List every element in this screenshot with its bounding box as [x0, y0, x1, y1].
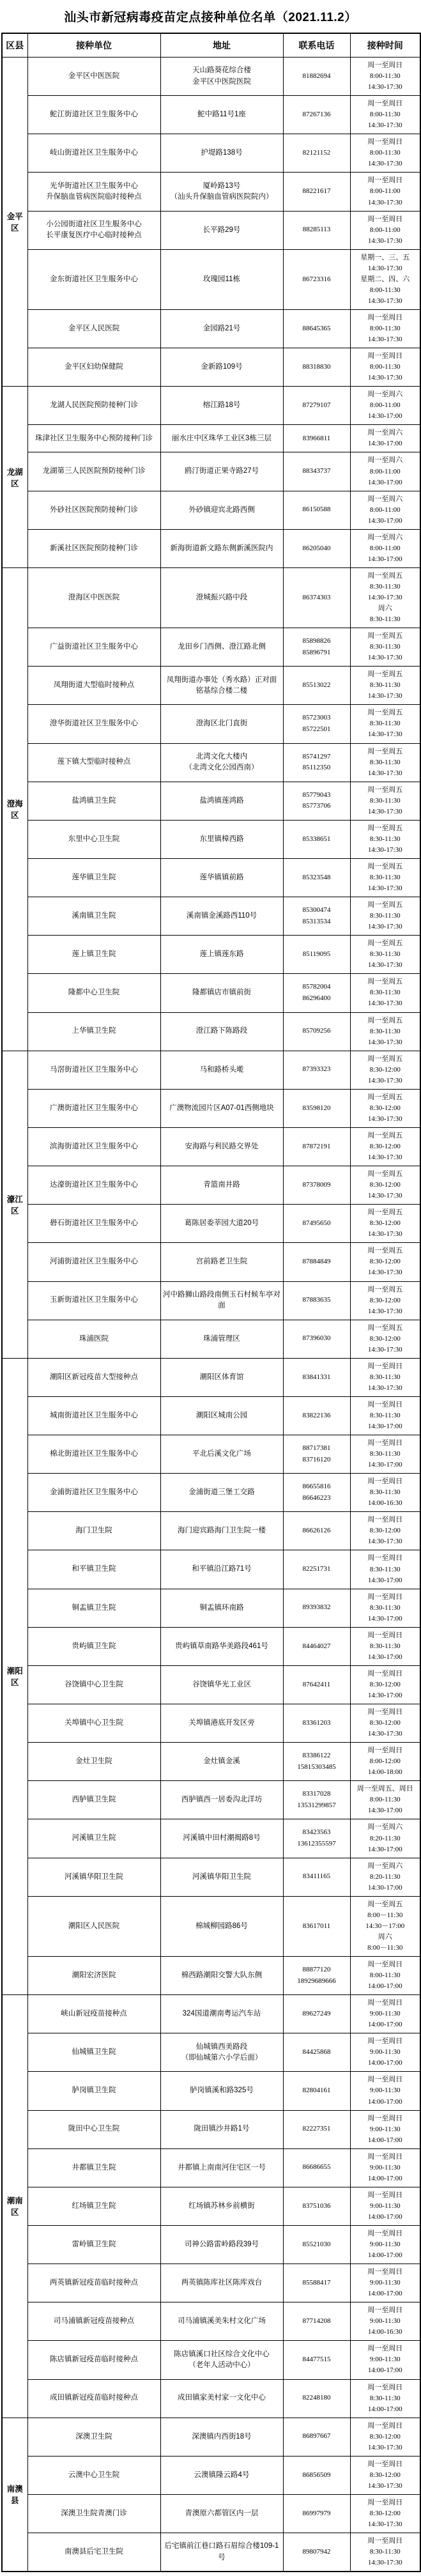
table-row: 贵屿镇卫生院贵屿镇草南路华美路段461号84464027周一至周日 8:30-1…: [2, 1627, 420, 1665]
unit-cell: 两英镇新冠疫苗临时接种点: [27, 2264, 160, 2302]
vaccination-table-body: 金平区金平区中医医院天山路葵花综合楼 金平区中医院医院81882694周一至周日…: [2, 58, 420, 2572]
phone-cell: 86856509: [283, 2456, 350, 2494]
schedule-cell: 周一至周日 9:00-11:30 14:00-17:00: [350, 2225, 420, 2264]
table-row: 和平镇卫生院和平镇沿江路71号82251731周一至周日 8:30-11:30 …: [2, 1550, 420, 1589]
schedule-cell: 周一至周五 8:30-12:00 14:30-17:30: [350, 1205, 420, 1243]
schedule-cell: 周一至周日 8:00-11:00 14:30-17:30: [350, 211, 420, 249]
schedule-cell: 周一至周五 8:30-11:30 14:30-17:30: [350, 820, 420, 858]
unit-cell: 礐石街道社区卫生服务中心: [27, 1205, 160, 1243]
table-row: 光华街道社区卫生服务中心 升保脑血管病医院临时接种点厦岭路13号 （汕头升保脑血…: [2, 173, 420, 211]
unit-cell: 珠津社区卫生服务中心预防接种门诊: [27, 425, 160, 452]
table-row: 新溪社区医院预防接种门诊新海街道新文路东侧新溪医院内86205040周一至周六 …: [2, 529, 420, 567]
schedule-cell: 周一至周五 8:30-11:30 14:30-17:30: [350, 897, 420, 936]
header-row: 区县 接种单位 地址 联系电话 接种时间: [2, 33, 420, 58]
table-row: 鮀江街道社区卫生服务中心鮀中路11号1座87267136周一至周日 8:00-1…: [2, 96, 420, 134]
address-cell: 仙城镇西美路段 （即仙城第六小学后面）: [160, 2033, 283, 2072]
schedule-cell: 周一至周日 8:30-12:00 14:30-17:30: [350, 2494, 420, 2533]
phone-cell: 87393323: [283, 1051, 350, 1089]
schedule-cell: 周一至周日 8:30-12:00 14:30-17:30: [350, 2418, 420, 2456]
phone-cell: 85723003 85722501: [283, 705, 350, 743]
address-cell: 谷饶镇华光工业区: [160, 1665, 283, 1704]
address-cell: 龙田乡门西侧、澄江路北侧: [160, 628, 283, 667]
schedule-cell: 周一至周日 8:00-11:30 14:00-17:00: [350, 1956, 420, 1994]
schedule-cell: 周一至周五 8:30-12:00 14:30-17:30: [350, 1243, 420, 1281]
unit-cell: 成田镇新冠疫苗临时接种点: [27, 2379, 160, 2418]
schedule-cell: 星期一、三、五 14:30-17:30 星期二、四、六 8:00-11:30 1…: [350, 249, 420, 309]
table-row: 溪南镇卫生院溪南镇金溪路西110号85300474 85313534周一至周五 …: [2, 897, 420, 936]
unit-cell: 珠浦医院: [27, 1320, 160, 1358]
unit-cell: 潮阳宏济医院: [27, 1956, 160, 1994]
unit-cell: 上华镇卫生院: [27, 1012, 160, 1051]
address-cell: 棉城柳园路86号: [160, 1896, 283, 1956]
table-row: 潮阳宏济医院棉西路潮阳交警大队东侧88877120 18929689666周一至…: [2, 1956, 420, 1994]
unit-cell: 潮阳区新冠疫苗大型接种点: [27, 1358, 160, 1396]
phone-cell: 86723316: [283, 249, 350, 309]
unit-cell: 峡山新冠疫苗接种点: [27, 1995, 160, 2033]
unit-cell: 金平区人民医院: [27, 309, 160, 348]
phone-cell: 85300474 85313534: [283, 897, 350, 936]
table-row: 金浦街道社区卫生服务中心金浦街道三堡工交路86655816 86646223周一…: [2, 1474, 420, 1512]
unit-cell: 广益街道社区卫生服务中心: [27, 628, 160, 667]
unit-cell: 小公园街道社区卫生服务中心 长平康复医疗中心临时接种点: [27, 211, 160, 249]
schedule-cell: 周一至周五 8:30-11:30 14:30-17:30: [350, 1012, 420, 1051]
table-row: 龙湖区龙湖人民医院预防接种门诊榕江路18号87279107周一至周六 8:00-…: [2, 387, 420, 425]
address-cell: 两英镇陈库社区陈库戏台: [160, 2264, 283, 2302]
schedule-cell: 周一至周五 8:30-11:30 14:30-17:30: [350, 936, 420, 974]
address-cell: 东里镇樟西路: [160, 820, 283, 858]
header-schedule: 接种时间: [350, 33, 420, 58]
address-cell: 澄江路下陈路段: [160, 1012, 283, 1051]
table-row: 红场镇卫生院红场镇苏林乡前横街83751036周一至周日 9:00-11:30 …: [2, 2187, 420, 2225]
table-row: 成田镇新冠疫苗临时接种点成田镇家美村家一文化中心82248180周一至周日 8:…: [2, 2379, 420, 2418]
address-cell: 鮀中路11号1座: [160, 96, 283, 134]
address-cell: 澄海区北门直街: [160, 705, 283, 743]
schedule-cell: 周一至周日 9:00-11:30 14:00-17:00: [350, 1995, 420, 2033]
phone-cell: 83317028 13531299857: [283, 1781, 350, 1819]
table-row: 井都镇卫生院井都镇上南南河住宅区一号86686655周一至周日 9:00-11:…: [2, 2148, 420, 2187]
unit-cell: 河溪镇华阳卫生院: [27, 1858, 160, 1896]
unit-cell: 莲上镇卫生院: [27, 936, 160, 974]
phone-cell: 88318830: [283, 348, 350, 387]
table-row: 滨海街道社区卫生服务中心安海路与利民路交界处87872191周一至周五 8:30…: [2, 1127, 420, 1166]
schedule-cell: 周一至周五 8:30-11:30 14:30-17:30: [350, 858, 420, 897]
unit-cell: 深澳卫生院青澳门诊: [27, 2494, 160, 2533]
schedule-cell: 周一至周日 8:30-11:30 14:30-17:00: [350, 1627, 420, 1665]
phone-cell: 87883635: [283, 1281, 350, 1320]
table-header: 区县 接种单位 地址 联系电话 接种时间: [2, 33, 420, 58]
unit-cell: 南澳县后宅卫生院: [27, 2533, 160, 2572]
phone-cell: 83423563 13612355597: [283, 1819, 350, 1858]
schedule-cell: 周一至周五 8:00－11:30 14:30－17:00 周六 8:00－11:…: [350, 1896, 420, 1956]
address-cell: 成田镇家美村家一文化中心: [160, 2379, 283, 2418]
table-row: 海门卫生院海门迎宾路海门卫生院一楼86626126周一至周日 8:30-12:0…: [2, 1512, 420, 1550]
district-cell: 龙湖区: [2, 387, 27, 568]
phone-cell: 87884849: [283, 1243, 350, 1281]
schedule-cell: 周一至周日 8:30-12:00 14:30-17:30: [350, 1704, 420, 1743]
unit-cell: 城南街道社区卫生服务中心: [27, 1396, 160, 1435]
address-cell: 324国道潮南粤运汽车站: [160, 1995, 283, 2033]
schedule-cell: 周一至周日 9:00-11:30 14:00-17:00: [350, 2341, 420, 2379]
phone-cell: 85338651: [283, 820, 350, 858]
address-cell: 天山路葵花综合楼 金平区中医院医院: [160, 58, 283, 96]
address-cell: 厦岭路13号 （汕头升保脑血管病医院院内）: [160, 173, 283, 211]
address-cell: 凤翔街道办事处（秀水路）正对面 铭基综合楼二楼: [160, 667, 283, 705]
unit-cell: 铜盂镇卫生院: [27, 1589, 160, 1627]
phone-cell: 82121152: [283, 134, 350, 173]
phone-cell: 87714208: [283, 2302, 350, 2341]
phone-cell: 82227351: [283, 2110, 350, 2148]
unit-cell: 金东街道社区卫生服务中心: [27, 249, 160, 309]
unit-cell: 司马浦镇新冠疫苗接种点: [27, 2302, 160, 2341]
phone-cell: 83361203: [283, 1704, 350, 1743]
unit-cell: 雷岭镇卫生院: [27, 2225, 160, 2264]
schedule-cell: 周一至周六 8:20-11:30 14:30-17:00: [350, 1858, 420, 1896]
schedule-cell: 周一至周五、周日 8:00-11:30 14:30-17:00: [350, 1781, 420, 1819]
table-row: 澄海区澄海区中医医院澄城振兴路中段86374303周一至周五 8:30-11:3…: [2, 567, 420, 628]
schedule-cell: 周一至周日 9:00-11:30 14:00-17:00: [350, 2148, 420, 2187]
unit-cell: 仙城镇卫生院: [27, 2033, 160, 2072]
address-cell: 安海路与利民路交界处: [160, 1127, 283, 1166]
table-row: 铜盂镇卫生院铜盂镇环南路89393832周一至周日 8:30-11:30 14:…: [2, 1589, 420, 1627]
address-cell: 河溪镇华阳卫生院: [160, 1858, 283, 1896]
vaccination-table: 区县 接种单位 地址 联系电话 接种时间 金平区金平区中医医院天山路葵花综合楼 …: [1, 33, 421, 2572]
table-row: 胪岗镇卫生院胪岗镇溪和路325号82804161周一至周日 9:00-11:30…: [2, 2072, 420, 2110]
table-row: 礐石街道社区卫生服务中心葛陈居委莘园大道20号87495650周一至周五 8:3…: [2, 1205, 420, 1243]
unit-cell: 潮阳区人民医院: [27, 1896, 160, 1956]
address-cell: 胪岗镇溪和路325号: [160, 2072, 283, 2110]
phone-cell: 87267136: [283, 96, 350, 134]
unit-cell: 陇田中心卫生院: [27, 2110, 160, 2148]
schedule-cell: 周一至周日 8:00-11:00 14:30-17:30: [350, 173, 420, 211]
unit-cell: 关埠镇中心卫生院: [27, 1704, 160, 1743]
address-cell: 棉西路潮阳交警大队东侧: [160, 1956, 283, 1994]
district-cell: 南澳县: [2, 2418, 27, 2572]
unit-cell: 贵屿镇卫生院: [27, 1627, 160, 1665]
schedule-cell: 周一至周日 8:30-11:30 14:30-17:00: [350, 1589, 420, 1627]
unit-cell: 谷饶镇中心卫生院: [27, 1665, 160, 1704]
address-cell: 西胪镇西一居委沟北洋坊: [160, 1781, 283, 1819]
table-row: 关埠镇中心卫生院关埠镇港底开发区旁83361203周一至周日 8:30-12:0…: [2, 1704, 420, 1743]
phone-cell: 85588417: [283, 2264, 350, 2302]
address-cell: 后宅镇前江巷口路石眉综合楼109-1号: [160, 2533, 283, 2572]
table-row: 岐山街道社区卫生服务中心护堤路138号82121152周一至周日 8:00-11…: [2, 134, 420, 173]
table-row: 云澳中心卫生院云澳镇隆云路4号86856509周一至周日 8:30-12:00 …: [2, 2456, 420, 2494]
phone-cell: 85119095: [283, 936, 350, 974]
schedule-cell: 周一至周日 9:00-11:30 14:00-17:00: [350, 2187, 420, 2225]
schedule-cell: 周一至周五 8:30-12:00 14:30-17:30: [350, 1320, 420, 1358]
table-row: 玉新街道社区卫生服务中心河中路狮山路段南侧玉石村候车亭对面87883635周一至…: [2, 1281, 420, 1320]
address-cell: 云澳镇隆云路4号: [160, 2456, 283, 2494]
address-cell: 金新路109号: [160, 348, 283, 387]
unit-cell: 玉新街道社区卫生服务中心: [27, 1281, 160, 1320]
district-cell: 潮南区: [2, 1995, 27, 2418]
unit-cell: 井都镇卫生院: [27, 2148, 160, 2187]
phone-cell: 81882694: [283, 58, 350, 96]
table-row: 仙城镇卫生院仙城镇西美路段 （即仙城第六小学后面）84425868周一至周日 9…: [2, 2033, 420, 2072]
table-row: 小公园街道社区卫生服务中心 长平康复医疗中心临时接种点长平路29号8828511…: [2, 211, 420, 249]
unit-cell: 深澳卫生院: [27, 2418, 160, 2456]
schedule-cell: 周一至周日 8:30-11:30 14:30-17:00: [350, 1435, 420, 1474]
district-cell: 澄海区: [2, 567, 27, 1051]
address-cell: 金浦街道三堡工交路: [160, 1474, 283, 1512]
unit-cell: 胪岗镇卫生院: [27, 2072, 160, 2110]
unit-cell: 莲华镇卫生院: [27, 858, 160, 897]
address-cell: 平北后溪文化广场: [160, 1435, 283, 1474]
unit-cell: 达濠街道社区卫生服务中心: [27, 1166, 160, 1205]
schedule-cell: 周一至周五 8:30-12:00 14:30-17:30: [350, 1051, 420, 1089]
table-row: 莲华镇卫生院莲华镇镇前路85323548周一至周五 8:30-11:30 14:…: [2, 858, 420, 897]
table-row: 莲上镇卫生院莲上镇莲东路85119095周一至周五 8:30-11:30 14:…: [2, 936, 420, 974]
unit-cell: 龙湖第三人民医院预防接种门诊: [27, 452, 160, 491]
phone-cell: 83822136: [283, 1396, 350, 1435]
phone-cell: 85741297 85112350: [283, 743, 350, 782]
phone-cell: 89393832: [283, 1589, 350, 1627]
address-cell: 榕江路18号: [160, 387, 283, 425]
address-cell: 外砂镇迎宾北路西侧: [160, 491, 283, 529]
address-cell: 盐鸿镇莲鸿路: [160, 782, 283, 820]
address-cell: 潮阳区城南公园: [160, 1396, 283, 1435]
address-cell: 莲华镇镇前路: [160, 858, 283, 897]
schedule-cell: 周一至周日 8:30-11:30 14:30-17:30: [350, 2533, 420, 2572]
document-page: 汕头市新冠病毒疫苗定点接种单位名单（2021.11.2） 区县 接种单位 地址 …: [0, 0, 421, 2576]
table-row: 凤翔街道大型临时接种点凤翔街道办事处（秀水路）正对面 铭基综合楼二楼855130…: [2, 667, 420, 705]
address-cell: 和平镇沿江路71号: [160, 1550, 283, 1589]
schedule-cell: 周一至周日 9:00-11:30 14:00-17:00: [350, 2110, 420, 2148]
unit-cell: 红场镇卫生院: [27, 2187, 160, 2225]
unit-cell: 广澳街道社区卫生服务中心: [27, 1089, 160, 1127]
phone-cell: 85323548: [283, 858, 350, 897]
table-row: 陇田中心卫生院陇田镇沙井路1号82227351周一至周日 9:00-11:30 …: [2, 2110, 420, 2148]
table-row: 城南街道社区卫生服务中心潮阳区城南公园83822136周一至周日 8:30-11…: [2, 1396, 420, 1435]
address-cell: 青篮南井路: [160, 1166, 283, 1205]
unit-cell: 金灶卫生院: [27, 1743, 160, 1781]
table-row: 金灶卫生院金灶镇金溪83386122 15815303485周一至周日 8:00…: [2, 1743, 420, 1781]
phone-cell: 85779043 85773706: [283, 782, 350, 820]
phone-cell: 83598120: [283, 1089, 350, 1127]
table-row: 西胪镇卫生院西胪镇西一居委沟北洋坊83317028 13531299857周一至…: [2, 1781, 420, 1819]
unit-cell: 光华街道社区卫生服务中心 升保脑血管病医院临时接种点: [27, 173, 160, 211]
phone-cell: 84464027: [283, 1627, 350, 1665]
schedule-cell: 周一至周日 8:30-12:00 14:30-17:30: [350, 2456, 420, 2494]
phone-cell: 86205040: [283, 529, 350, 567]
table-row: 南澳县后宅卫生院后宅镇前江巷口路石眉综合楼109-1号89807942周一至周日…: [2, 2533, 420, 2572]
unit-cell: 溪南镇卫生院: [27, 897, 160, 936]
schedule-cell: 周一至周日 8:30-12:00 14:30-17:00: [350, 1665, 420, 1704]
phone-cell: 88285113: [283, 211, 350, 249]
phone-cell: 86626126: [283, 1512, 350, 1550]
address-cell: 关埠镇港底开发区旁: [160, 1704, 283, 1743]
unit-cell: 西胪镇卫生院: [27, 1781, 160, 1819]
table-row: 上华镇卫生院澄江路下陈路段85709256周一至周五 8:30-11:30 14…: [2, 1012, 420, 1051]
address-cell: 隆都镇店市镇前街: [160, 974, 283, 1012]
address-cell: 贵屿镇草南路华美路段461号: [160, 1627, 283, 1665]
address-cell: 金灶镇金溪: [160, 1743, 283, 1781]
phone-cell: 86150588: [283, 491, 350, 529]
phone-cell: 85513022: [283, 667, 350, 705]
address-cell: 司神公路雷岭路段39号: [160, 2225, 283, 2264]
table-row: 龙湖第三人民医院预防接种门诊鸥汀街道正果寺路27号88343737周一至周六 8…: [2, 452, 420, 491]
phone-cell: 87279107: [283, 387, 350, 425]
unit-cell: 隆都中心卫生院: [27, 974, 160, 1012]
address-cell: 潮阳区体育馆: [160, 1358, 283, 1396]
unit-cell: 凤翔街道大型临时接种点: [27, 667, 160, 705]
schedule-cell: 周一至周六 8:00-11:00 14:30-17:00: [350, 452, 420, 491]
unit-cell: 新溪社区医院预防接种门诊: [27, 529, 160, 567]
phone-cell: 86686655: [283, 2148, 350, 2187]
phone-cell: 87396030: [283, 1320, 350, 1358]
phone-cell: 84425868: [283, 2033, 350, 2072]
address-cell: 莲上镇莲东路: [160, 936, 283, 974]
schedule-cell: 周一至周日 9:00-11:30 14:00-17:00: [350, 2264, 420, 2302]
unit-cell: 陈店镇新冠疫苗临时接种点: [27, 2341, 160, 2379]
table-row: 外砂社区医院预防接种门诊外砂镇迎宾北路西侧86150588周一至周六 8:00-…: [2, 491, 420, 529]
schedule-cell: 周一至周五 8:30-11:30 14:30-17:30: [350, 782, 420, 820]
table-row: 莲下镇大型临时接种点北湾文化大楼内 （北湾文化公园西南）85741297 851…: [2, 743, 420, 782]
schedule-cell: 周一至周日 8:00-12:00 14:00-18:00: [350, 1743, 420, 1781]
phone-cell: 85521030: [283, 2225, 350, 2264]
table-row: 金平区人民医院金园路21号88645365周一至周日 8:00-11:30 14…: [2, 309, 420, 348]
unit-cell: 金平区妇幼保健院: [27, 348, 160, 387]
header-address: 地址: [160, 33, 283, 58]
phone-cell: 89807942: [283, 2533, 350, 2572]
unit-cell: 澄海区中医医院: [27, 567, 160, 628]
phone-cell: 87378009: [283, 1166, 350, 1205]
schedule-cell: 周一至周五 8:30-11:30 14:30-17:30: [350, 667, 420, 705]
header-phone: 联系电话: [283, 33, 350, 58]
unit-cell: 滨海街道社区卫生服务中心: [27, 1127, 160, 1166]
table-row: 潮南区峡山新冠疫苗接种点324国道潮南粤运汽车站89627249周一至周日 9:…: [2, 1995, 420, 2033]
address-cell: 珠浦管理区: [160, 1320, 283, 1358]
unit-cell: 金浦街道社区卫生服务中心: [27, 1474, 160, 1512]
unit-cell: 鮀江街道社区卫生服务中心: [27, 96, 160, 134]
schedule-cell: 周一至周日 9:00-11:30 14:00-17:00: [350, 2072, 420, 2110]
unit-cell: 莲下镇大型临时接种点: [27, 743, 160, 782]
table-row: 金东街道社区卫生服务中心玫瑰园11栋86723316星期一、三、五 14:30-…: [2, 249, 420, 309]
unit-cell: 和平镇卫生院: [27, 1550, 160, 1589]
phone-cell: 86997979: [283, 2494, 350, 2533]
schedule-cell: 周一至周五 8:30-12:00 14:30-17:30: [350, 1281, 420, 1320]
phone-cell: 88343737: [283, 452, 350, 491]
address-cell: 井都镇上南南河住宅区一号: [160, 2148, 283, 2187]
table-row: 广益街道社区卫生服务中心龙田乡门西侧、澄江路北侧85898826 8589679…: [2, 628, 420, 667]
schedule-cell: 周一至周日 8:00-11:30 14:30-17:30: [350, 348, 420, 387]
unit-cell: 龙湖人民医院预防接种门诊: [27, 387, 160, 425]
table-row: 司马浦镇新冠疫苗接种点司马浦镇溪美朱村文化广场87714208周一至周日 9:0…: [2, 2302, 420, 2341]
unit-cell: 云澳中心卫生院: [27, 2456, 160, 2494]
phone-cell: 85898826 85896791: [283, 628, 350, 667]
table-row: 珠浦医院珠浦管理区87396030周一至周五 8:30-12:00 14:30-…: [2, 1320, 420, 1358]
schedule-cell: 周一至周五 8:30-12:00 14:30-17:30: [350, 1166, 420, 1205]
address-cell: 广澳物流园片区A07-01西侧地块: [160, 1089, 283, 1127]
schedule-cell: 周一至周六 8:00-11:00 14:30-17:00: [350, 387, 420, 425]
address-cell: 马和路桥头墘: [160, 1051, 283, 1089]
phone-cell: 86655816 86646223: [283, 1474, 350, 1512]
unit-cell: 岐山街道社区卫生服务中心: [27, 134, 160, 173]
schedule-cell: 周一至周五 8:30-11:30 14:30-17:30: [350, 705, 420, 743]
unit-cell: 东里中心卫生院: [27, 820, 160, 858]
address-cell: 陇田镇沙井路1号: [160, 2110, 283, 2148]
phone-cell: 82248180: [283, 2379, 350, 2418]
address-cell: 玫瑰园11栋: [160, 249, 283, 309]
phone-cell: 88877120 18929689666: [283, 1956, 350, 1994]
phone-cell: 85709256: [283, 1012, 350, 1051]
address-cell: 长平路29号: [160, 211, 283, 249]
table-row: 陈店镇新冠疫苗临时接种点陈店镇溪口社区综合文化中心 （老年人活动中心）84477…: [2, 2341, 420, 2379]
phone-cell: 88645365: [283, 309, 350, 348]
table-row: 潮阳区潮阳区新冠疫苗大型接种点潮阳区体育馆83841331周一至周日 8:30-…: [2, 1358, 420, 1396]
district-cell: 濠江区: [2, 1051, 27, 1358]
schedule-cell: 周一至周日 8:30-11:30 14:30-17:30: [350, 1358, 420, 1396]
table-row: 金平区妇幼保健院金新路109号88318830周一至周日 8:00-11:30 …: [2, 348, 420, 387]
table-row: 濠江区马滘街道社区卫生服务中心马和路桥头墘87393323周一至周五 8:30-…: [2, 1051, 420, 1089]
table-row: 金平区金平区中医医院天山路葵花综合楼 金平区中医院医院81882694周一至周日…: [2, 58, 420, 96]
phone-cell: 86374303: [283, 567, 350, 628]
address-cell: 深澳镇内西街18号: [160, 2418, 283, 2456]
phone-cell: 84477515: [283, 2341, 350, 2379]
schedule-cell: 周一至周日 8:30-11:30 14:00-17:00: [350, 2379, 420, 2418]
table-row: 两英镇新冠疫苗临时接种点两英镇陈库社区陈库戏台85588417周一至周日 9:0…: [2, 2264, 420, 2302]
schedule-cell: 周一至周日 8:30-12:00 14:30-17:30: [350, 1512, 420, 1550]
address-cell: 司马浦镇溪美朱村文化广场: [160, 2302, 283, 2341]
schedule-cell: 周一至周日 8:00-11:30 14:30-17:30: [350, 309, 420, 348]
unit-cell: 河浦街道社区卫生服务中心: [27, 1243, 160, 1281]
phone-cell: 83411165: [283, 1858, 350, 1896]
address-cell: 澄城振兴路中段: [160, 567, 283, 628]
unit-cell: 盐鸿镇卫生院: [27, 782, 160, 820]
phone-cell: 86897667: [283, 2418, 350, 2456]
district-cell: 潮阳区: [2, 1358, 27, 1994]
schedule-cell: 周一至周五 8:30-11:30 14:30-17:30: [350, 628, 420, 667]
unit-cell: 澄华街道社区卫生服务中心: [27, 705, 160, 743]
table-row: 隆都中心卫生院隆都镇店市镇前街85782004 86296400周一至周五 8:…: [2, 974, 420, 1012]
schedule-cell: 周一至周日 8:00-11:30 14:30-17:30: [350, 96, 420, 134]
phone-cell: 82804161: [283, 2072, 350, 2110]
header-district: 区县: [2, 33, 27, 58]
header-unit: 接种单位: [27, 33, 160, 58]
unit-cell: 外砂社区医院预防接种门诊: [27, 491, 160, 529]
unit-cell: 马滘街道社区卫生服务中心: [27, 1051, 160, 1089]
table-row: 潮阳区人民医院棉城柳园路86号83617011周一至周五 8:00－11:30 …: [2, 1896, 420, 1956]
table-row: 河浦街道社区卫生服务中心宫前路老卫生院87884849周一至周五 8:30-12…: [2, 1243, 420, 1281]
unit-cell: 河溪镇卫生院: [27, 1819, 160, 1858]
unit-cell: 金平区中医医院: [27, 58, 160, 96]
phone-cell: 89627249: [283, 1995, 350, 2033]
schedule-cell: 周一至周五 8:30-11:30 14:30-17:30: [350, 743, 420, 782]
schedule-cell: 周一至周六 8:00-11:00 14:30-17:00: [350, 491, 420, 529]
phone-cell: 82251731: [283, 1550, 350, 1589]
address-cell: 金园路21号: [160, 309, 283, 348]
schedule-cell: 周一至周六 8:00-11:00 14:30-17:00: [350, 529, 420, 567]
table-row: 澄华街道社区卫生服务中心澄海区北门直街85723003 85722501周一至周…: [2, 705, 420, 743]
schedule-cell: 周一至周五 8:30-12:00 14:30-17:30: [350, 1089, 420, 1127]
table-row: 雷岭镇卫生院司神公路雷岭路段39号85521030周一至周日 9:00-11:3…: [2, 2225, 420, 2264]
schedule-cell: 周一至周五 8:30-12:00 14:30-17:30: [350, 1127, 420, 1166]
phone-cell: 87872191: [283, 1127, 350, 1166]
table-row: 东里中心卫生院东里镇樟西路85338651周一至周五 8:30-11:30 14…: [2, 820, 420, 858]
phone-cell: 87495650: [283, 1205, 350, 1243]
address-cell: 鸥汀街道正果寺路27号: [160, 452, 283, 491]
schedule-cell: 周一至周日 9:00-11:30 14:00-17:00: [350, 2033, 420, 2072]
table-row: 广澳街道社区卫生服务中心广澳物流园片区A07-01西侧地块83598120周一至…: [2, 1089, 420, 1127]
phone-cell: 83617011: [283, 1896, 350, 1956]
schedule-cell: 周一至周五 8:30-11:30 14:30-17:30: [350, 974, 420, 1012]
schedule-cell: 周一至周日 8:30-11:30 14:30-17:00: [350, 1396, 420, 1435]
schedule-cell: 周一至周五 8:30-11:30 14:30-17:30 周六 8:30-11:…: [350, 567, 420, 628]
address-cell: 北湾文化大楼内 （北湾文化公园西南）: [160, 743, 283, 782]
table-row: 河溪镇卫生院河溪镇中田村潮揭路8号83423563 13612355597周一至…: [2, 1819, 420, 1858]
address-cell: 河中路狮山路段南侧玉石村候车亭对面: [160, 1281, 283, 1320]
schedule-cell: 周一至周日 8:00-11:30 14:30-17:30: [350, 134, 420, 173]
